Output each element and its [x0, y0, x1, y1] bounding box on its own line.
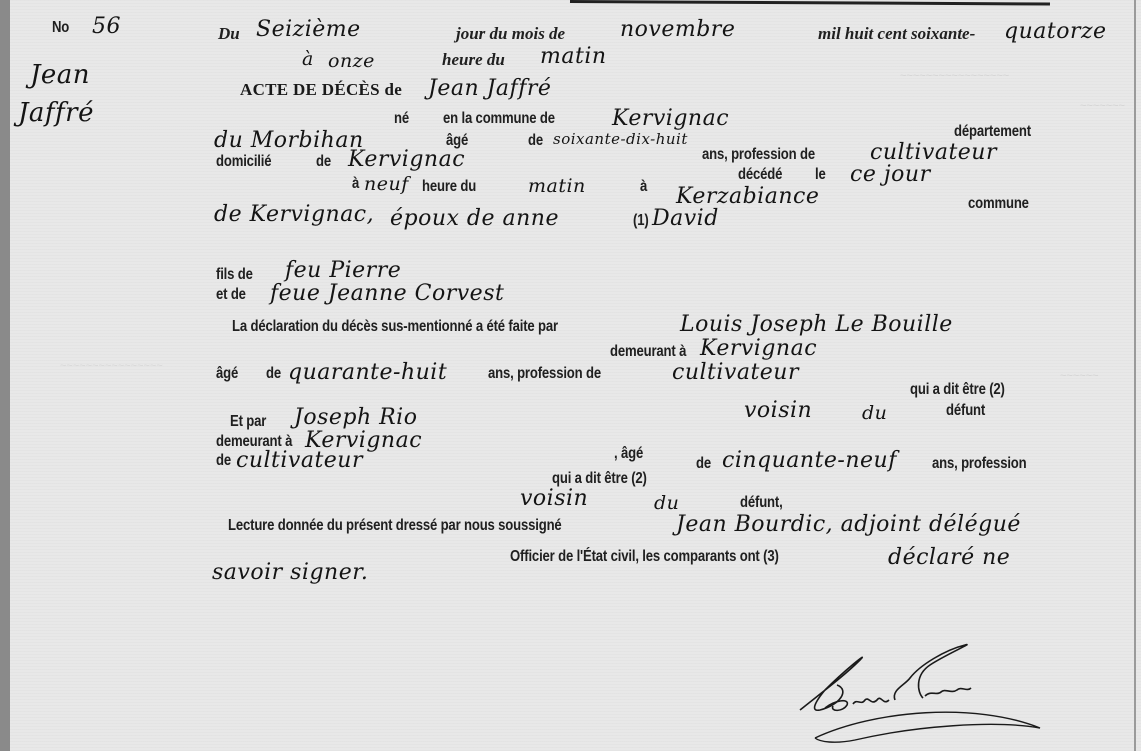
label-le: le: [815, 166, 826, 184]
bleed-through-text: ~~~~~~~~~~~~~~~~~: [900, 70, 1009, 82]
label-ne: né: [394, 110, 409, 128]
label-de: de: [528, 132, 543, 150]
label-de-domicile: de: [316, 153, 331, 171]
declarant2-name: Joseph Rio: [294, 405, 417, 430]
label-departement: département: [954, 123, 1031, 141]
label-ans-profession-1: ans, profession de: [488, 365, 601, 383]
signature-icon: [795, 630, 1055, 745]
spouse-last-name: David: [652, 206, 719, 231]
label-decede: décédé: [738, 166, 782, 184]
period: matin: [540, 44, 607, 69]
deceased-name: Jean Jaffré: [428, 76, 551, 101]
label-commune-2: commune: [968, 195, 1029, 213]
birth-departement: du Morbihan: [214, 128, 364, 153]
death-hour: neuf: [364, 173, 409, 195]
final-text: savoir signer.: [212, 560, 368, 585]
birth-commune: Kervignac: [612, 106, 729, 131]
officier-text: Officier de l'État civil, les comparants…: [510, 548, 779, 566]
label-age-2: , âgé: [614, 445, 643, 463]
margin-first-name: Jean: [30, 60, 90, 90]
year-written: quatorze: [1004, 19, 1107, 44]
label-du: Du: [218, 24, 240, 44]
lecture-text: Lecture donnée du présent dressé par nou…: [228, 517, 562, 535]
label-a-place: à: [640, 178, 647, 196]
label-a-neuf: à: [352, 175, 359, 193]
record-number-label: No: [52, 19, 69, 37]
label-domicilie: domicilié: [216, 153, 271, 171]
note-marker-1: (1): [633, 212, 649, 230]
bleed-through-text: ~~~~~~~~~~~~~~~~: [60, 360, 163, 372]
declarant2-relation: voisin: [520, 486, 588, 511]
label-fils-de: fils de: [216, 266, 253, 284]
deceased-age: soixante-dix-huit: [553, 130, 688, 148]
officer-name: Jean Bourdic, adjoint délégué: [676, 512, 1021, 537]
label-du-1: du: [862, 402, 887, 424]
record-number: 56: [92, 14, 121, 39]
label-ans-profession-2: ans, profession: [932, 455, 1027, 473]
declarant1-profession: cultivateur: [672, 360, 799, 385]
declarant1-relation: voisin: [744, 398, 812, 423]
label-de-age-1: de: [266, 365, 281, 383]
page-edge: [1134, 0, 1136, 751]
label-defunt-2: défunt,: [740, 494, 783, 512]
bleed-through-text: ~~~~~~: [1060, 370, 1099, 382]
hour-written: onze: [328, 50, 375, 72]
top-rule: [570, 0, 1050, 6]
bleed-through-text: ~~~~~~~: [1080, 100, 1125, 112]
declarant1-residence: Kervignac: [700, 336, 817, 361]
label-defunt-1: défunt: [946, 402, 985, 420]
label-a: à: [302, 48, 314, 70]
label-heure-du: heure du: [442, 50, 505, 70]
declarant2-profession: cultivateur: [236, 448, 363, 473]
label-demeurant-1: demeurant à: [610, 343, 686, 361]
label-year: mil huit cent soixante-: [818, 24, 975, 44]
month: novembre: [620, 17, 735, 42]
death-period: matin: [528, 175, 586, 197]
death-commune: de Kervignac,: [214, 202, 374, 227]
spouse-text: époux de anne: [390, 206, 559, 231]
declarant2-age: cinquante-neuf: [722, 448, 897, 473]
label-heure-du-2: heure du: [422, 178, 476, 196]
label-de-profession-2: de: [216, 452, 231, 470]
declarant1-age: quarante-huit: [288, 360, 447, 385]
father-name: feu Pierre: [285, 258, 401, 283]
label-et-de: et de: [216, 286, 246, 304]
label-qui-a-dit-1: qui a dit être (2): [910, 381, 1005, 399]
declaration-intro: La déclaration du décès sus-mentionné a …: [232, 318, 558, 336]
document-title: ACTE DE DÉCÈS de: [240, 80, 402, 100]
binding-edge: [0, 0, 10, 751]
label-du-2: du: [654, 492, 679, 514]
label-et-par: Et par: [230, 413, 266, 431]
death-date: ce jour: [850, 162, 931, 187]
label-jour-du-mois: jour du mois de: [456, 24, 565, 44]
declared-text: déclaré ne: [888, 545, 1010, 570]
document-page: ~~~~~~~~~~~~~~~~~ ~~~~~~~ ~~~~~~ ~~~~~~~…: [0, 0, 1141, 751]
label-de-age-2: de: [696, 455, 711, 473]
label-ans-profession: ans, profession de: [702, 146, 815, 164]
day-written: Seizième: [256, 17, 361, 42]
margin-last-name: Jaffré: [18, 98, 94, 128]
label-age-1: âgé: [216, 365, 238, 383]
declarant1-name: Louis Joseph Le Bouille: [680, 312, 953, 337]
residence-place: Kervignac: [348, 147, 465, 172]
label-commune: en la commune de: [443, 110, 555, 128]
mother-name: feue Jeanne Corvest: [270, 281, 504, 306]
officer-signature: [795, 630, 1055, 745]
